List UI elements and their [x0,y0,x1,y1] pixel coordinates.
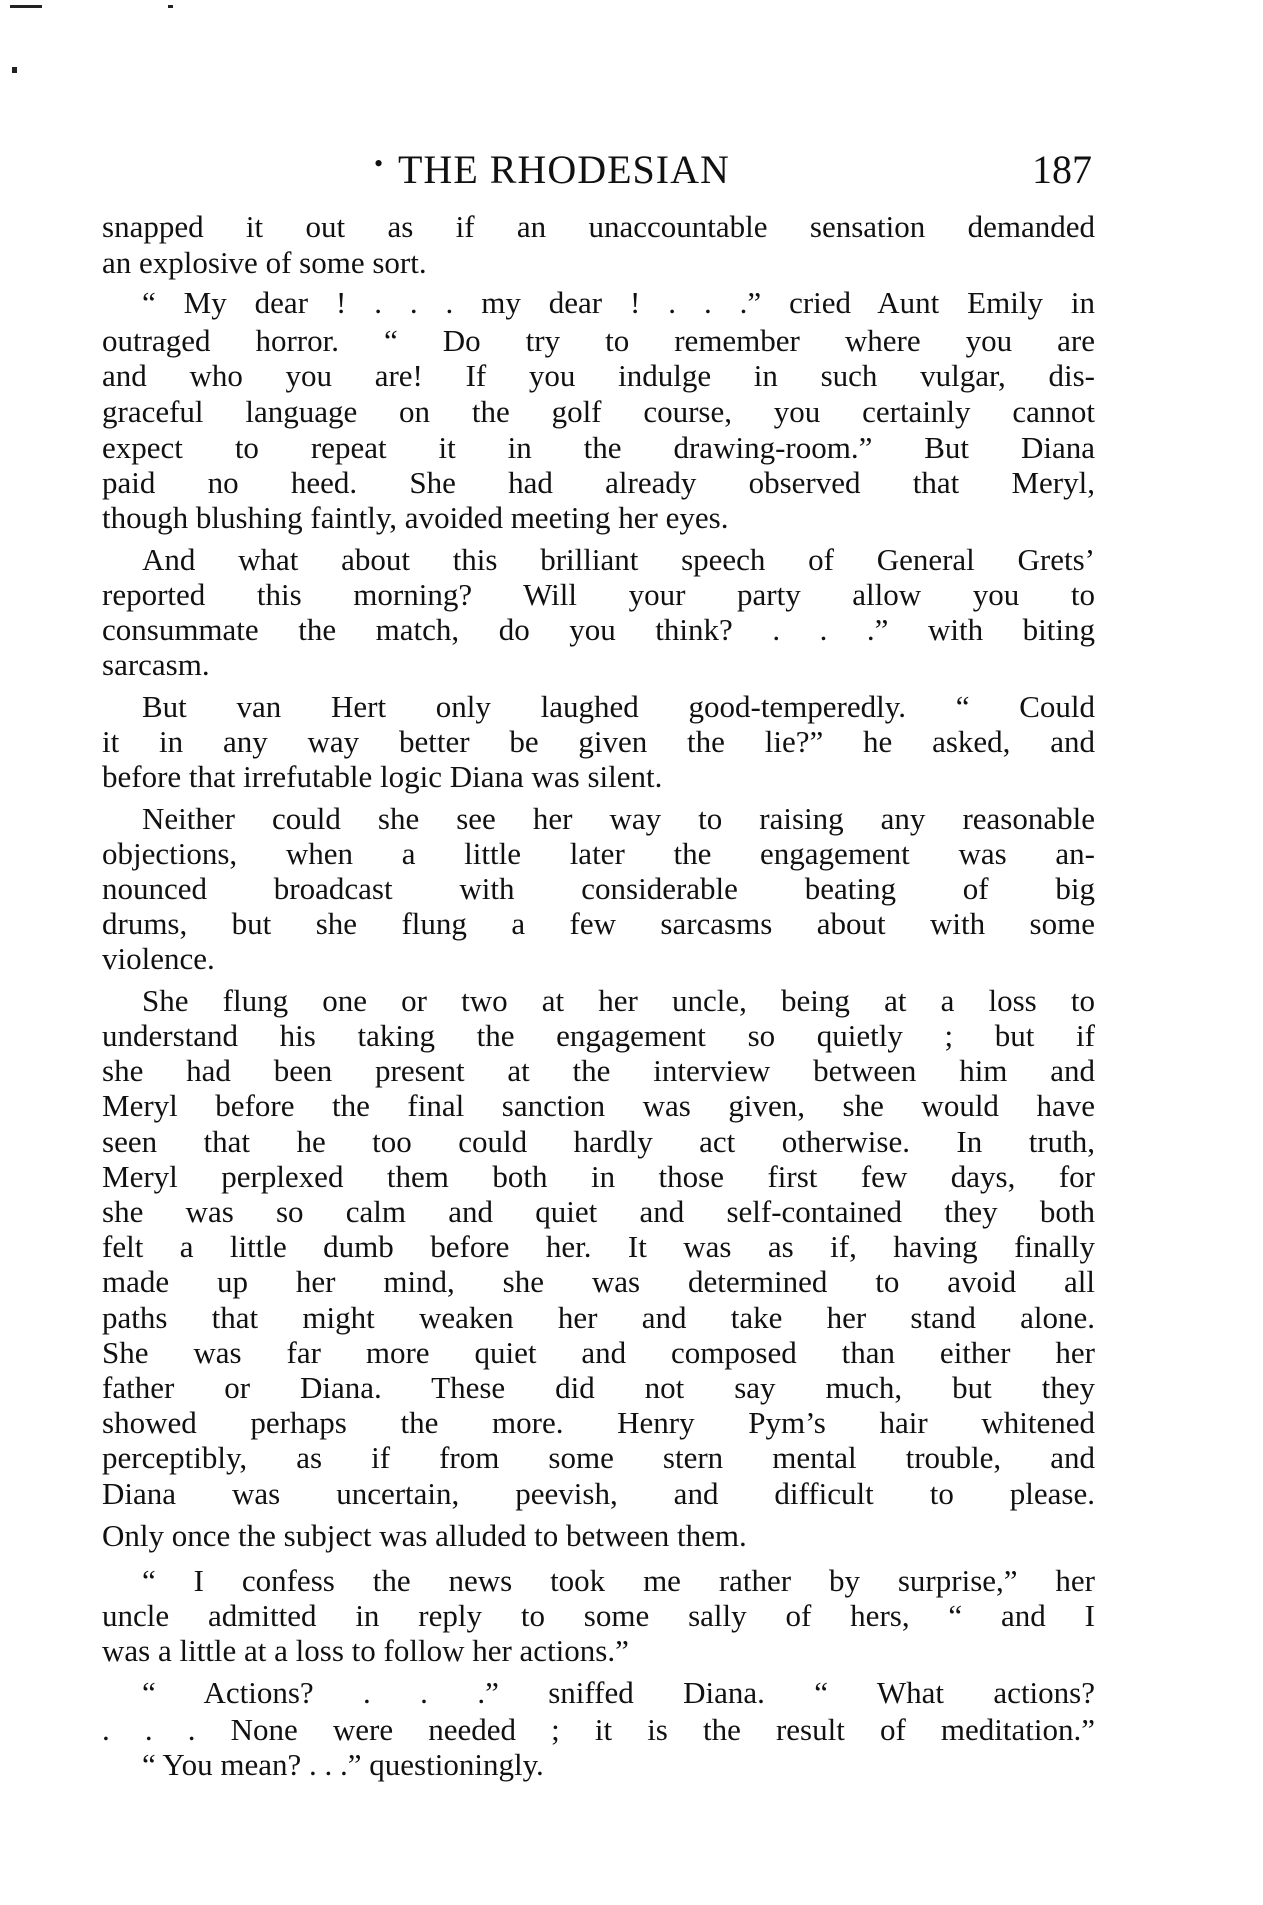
text-line: outraged horror. “ Do try to remember wh… [102,323,1095,359]
text-line: made up her mind, she was determined to … [102,1264,1095,1300]
text-line: She was far more quiet and composed than… [102,1335,1095,1371]
text-line: it in any way better be given the lie?” … [102,724,1095,760]
text-line: felt a little dumb before her. It was as… [102,1229,1095,1265]
text-line: she was so calm and quiet and self-conta… [102,1194,1095,1230]
text-line: Only once the subject was alluded to bet… [102,1518,1095,1554]
text-line: showed perhaps the more. Henry Pym’s hai… [102,1405,1095,1441]
text-line: uncle admitted in reply to some sally of… [102,1598,1095,1634]
text-line: Neither could she see her way to raising… [142,801,1095,837]
text-line: Meryl perplexed them both in those first… [102,1159,1095,1195]
text-line: reported this morning? Will your party a… [102,577,1095,613]
text-line: father or Diana. These did not say much,… [102,1370,1095,1406]
scan-artifact [168,5,173,8]
scan-artifact [12,67,17,73]
scan-artifact [10,5,42,8]
text-line: an explosive of some sort. [102,245,1095,281]
text-line: objections, when a little later the enga… [102,836,1095,872]
book-page: THE RHODESIAN 187 snapped it out as if a… [0,0,1263,1905]
text-line: nounced broadcast with considerable beat… [102,871,1095,907]
text-line: perceptibly, as if from some stern menta… [102,1440,1095,1476]
running-head: THE RHODESIAN 187 [102,148,1095,192]
text-line: understand his taking the engagement so … [102,1018,1095,1054]
page-number: 187 [1032,148,1092,192]
text-line: she had been present at the interview be… [102,1053,1095,1089]
text-line: graceful language on the golf course, yo… [102,394,1095,430]
text-line: Diana was uncertain, peevish, and diffic… [102,1476,1095,1512]
text-line: “ I confess the news took me rather by s… [142,1563,1095,1599]
text-line: Meryl before the final sanction was give… [102,1088,1095,1124]
text-line: violence. [102,941,1095,977]
text-line: But van Hert only laughed good-temperedl… [142,689,1095,725]
text-line: “ You mean? . . .” questioningly. [142,1747,1095,1783]
text-line: and who you are! If you indulge in such … [102,358,1095,394]
text-line: was a little at a loss to follow her act… [102,1633,1095,1669]
text-line: paid no heed. She had already observed t… [102,465,1095,501]
text-line: drums, but she flung a few sarcasms abou… [102,906,1095,942]
text-line: . . . None were needed ; it is the resul… [102,1712,1095,1748]
text-line: She flung one or two at her uncle, being… [142,983,1095,1019]
text-line: consummate the match, do you think? . . … [102,612,1095,648]
text-line: “ Actions? . . .” sniffed Diana. “ What … [142,1675,1095,1711]
running-title: THE RHODESIAN [398,148,730,192]
text-line: sarcasm. [102,647,1095,683]
text-line: snapped it out as if an unaccountable se… [102,209,1095,245]
text-line: before that irrefutable logic Diana was … [102,759,1095,795]
text-line: paths that might weaken her and take her… [102,1300,1095,1336]
text-line: “ My dear ! . . . my dear ! . . .” cried… [142,285,1095,321]
text-line: though blushing faintly, avoided meeting… [102,500,1095,536]
text-line: And what about this brilliant speech of … [142,542,1095,578]
text-line: seen that he too could hardly act otherw… [102,1124,1095,1160]
text-line: expect to repeat it in the drawing-room.… [102,430,1095,466]
